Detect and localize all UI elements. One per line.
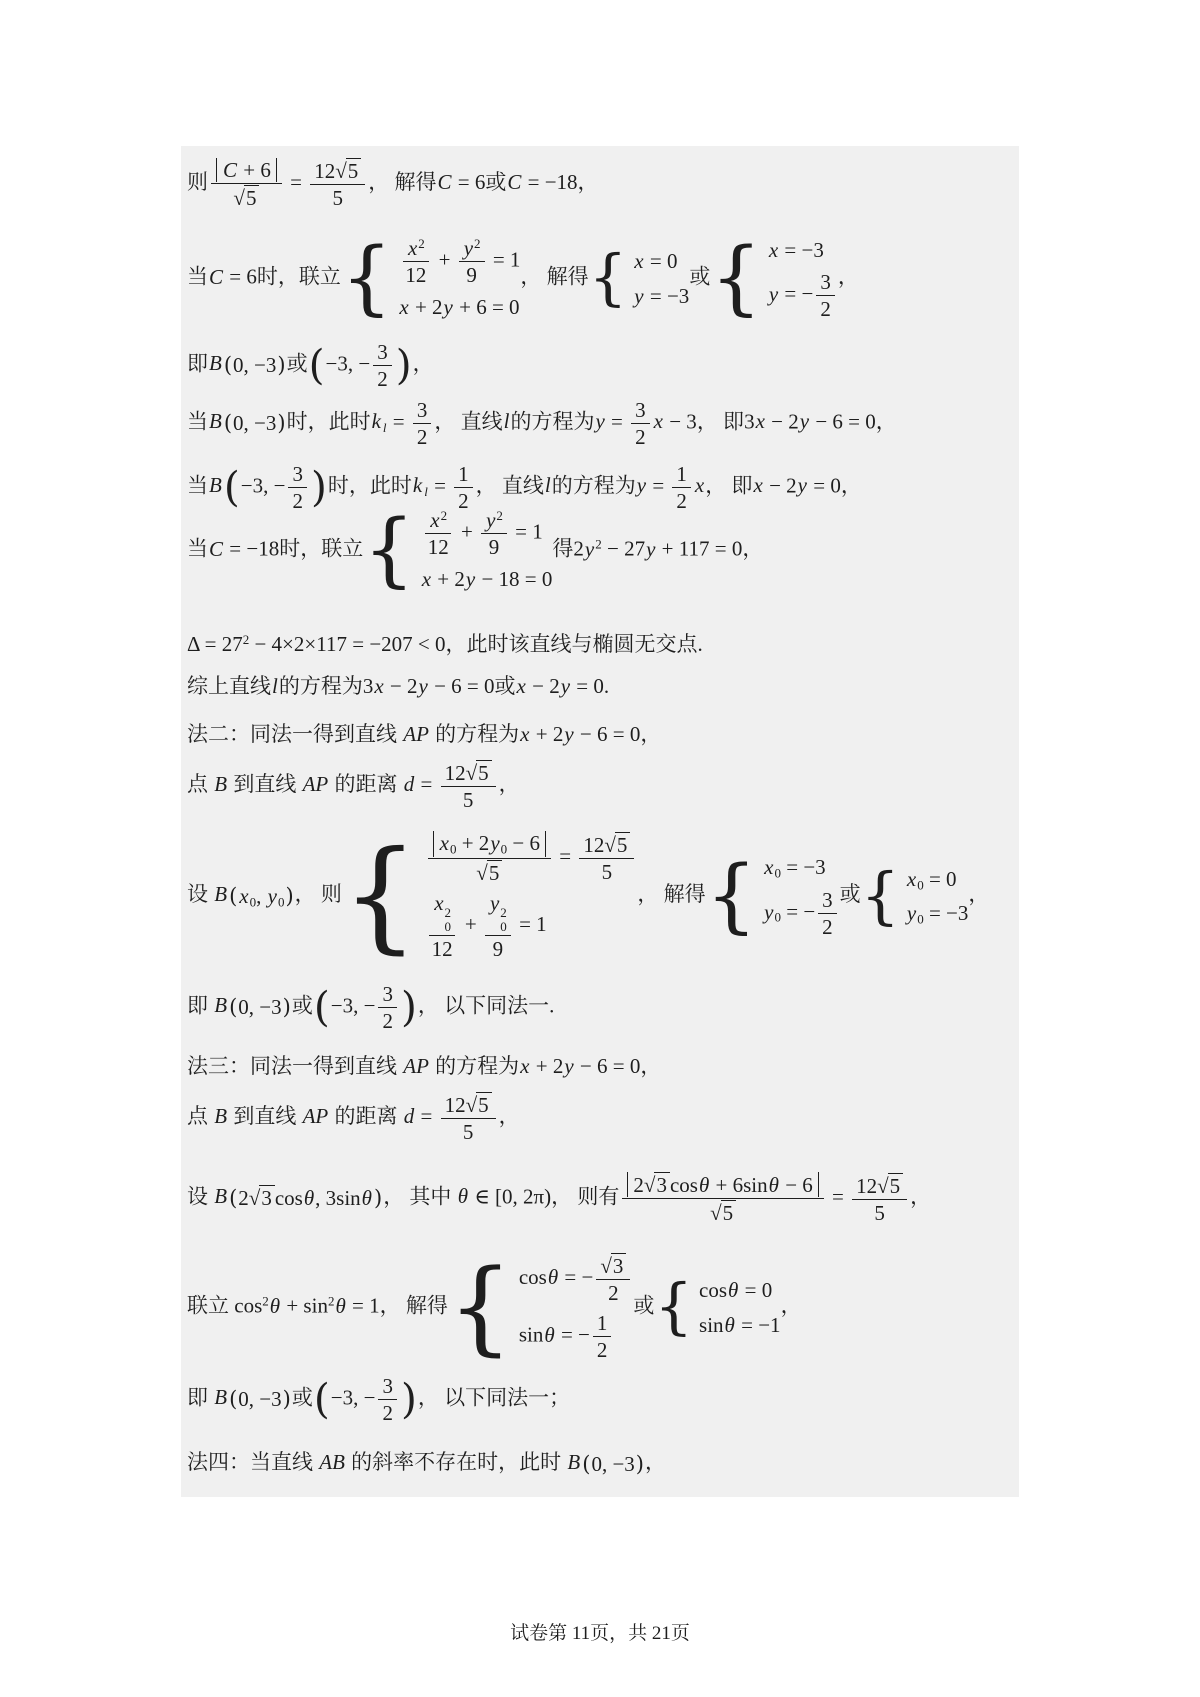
math-line-15: 设 B(2√3cosθ, 3sinθ)， 其中 θ ∈ [0, 2π)， 则有2… — [187, 1172, 931, 1225]
page-footer: 试卷第 11页，共 21页 — [0, 1618, 1200, 1645]
math-line-11: 设 B(x0, y0)， 则{x0 + 2y0 − 6√5 = 12√55x20… — [187, 828, 989, 965]
math-line-13: 法三：同法一得到直线 AP 的方程为x + 2y − 6 = 0， — [187, 1052, 661, 1080]
math-line-18: 法四：当直线 AB 的斜率不存在时，此时 B(0, −3)， — [187, 1448, 666, 1478]
math-line-12: 即 B(0, −3)或(−3, −32)， 以下同法一. — [187, 982, 554, 1033]
math-line-14: 点 B 到直线 AP 的距离 d = 12√55， — [187, 1092, 520, 1144]
math-line-17: 即 B(0, −3)或(−3, −32)， 以下同法一； — [187, 1374, 570, 1425]
math-line-9: 法二：同法一得到直线 AP 的方程为x + 2y − 6 = 0， — [187, 720, 661, 748]
math-line-6: 当C = −18时，联立{x212 + y29 = 1x + 2y − 18 =… — [187, 505, 763, 597]
math-line-4: 当B(0, −3)时，此时kl = 32， 直线l的方程为y = 32x − 3… — [187, 398, 897, 449]
math-line-8: 综上直线l的方程为3x − 2y − 6 = 0或x − 2y = 0. — [187, 672, 609, 700]
footer-page-indicator: 试卷第 11页，共 21页 — [510, 1623, 690, 1644]
math-line-1: 则C + 6√5 = 12√55， 解得C = 6或C = −18， — [187, 158, 599, 210]
content-area: 则C + 6√5 = 12√55， 解得C = 6或C = −18，当C = 6… — [181, 146, 1019, 1497]
math-line-16: 联立 cos2θ + sin2θ = 1， 解得{cosθ = −√32sinθ… — [187, 1250, 802, 1366]
math-line-7: Δ = 272 − 4×2×117 = −207 < 0，此时该直线与椭圆无交点… — [187, 630, 703, 658]
math-line-3: 即B(0, −3)或(−3, −32)， — [187, 340, 434, 391]
math-line-10: 点 B 到直线 AP 的距离 d = 12√55， — [187, 760, 520, 812]
math-line-2: 当C = 6时，联立{x212 + y29 = 1x + 2y + 6 = 0，… — [187, 233, 859, 325]
